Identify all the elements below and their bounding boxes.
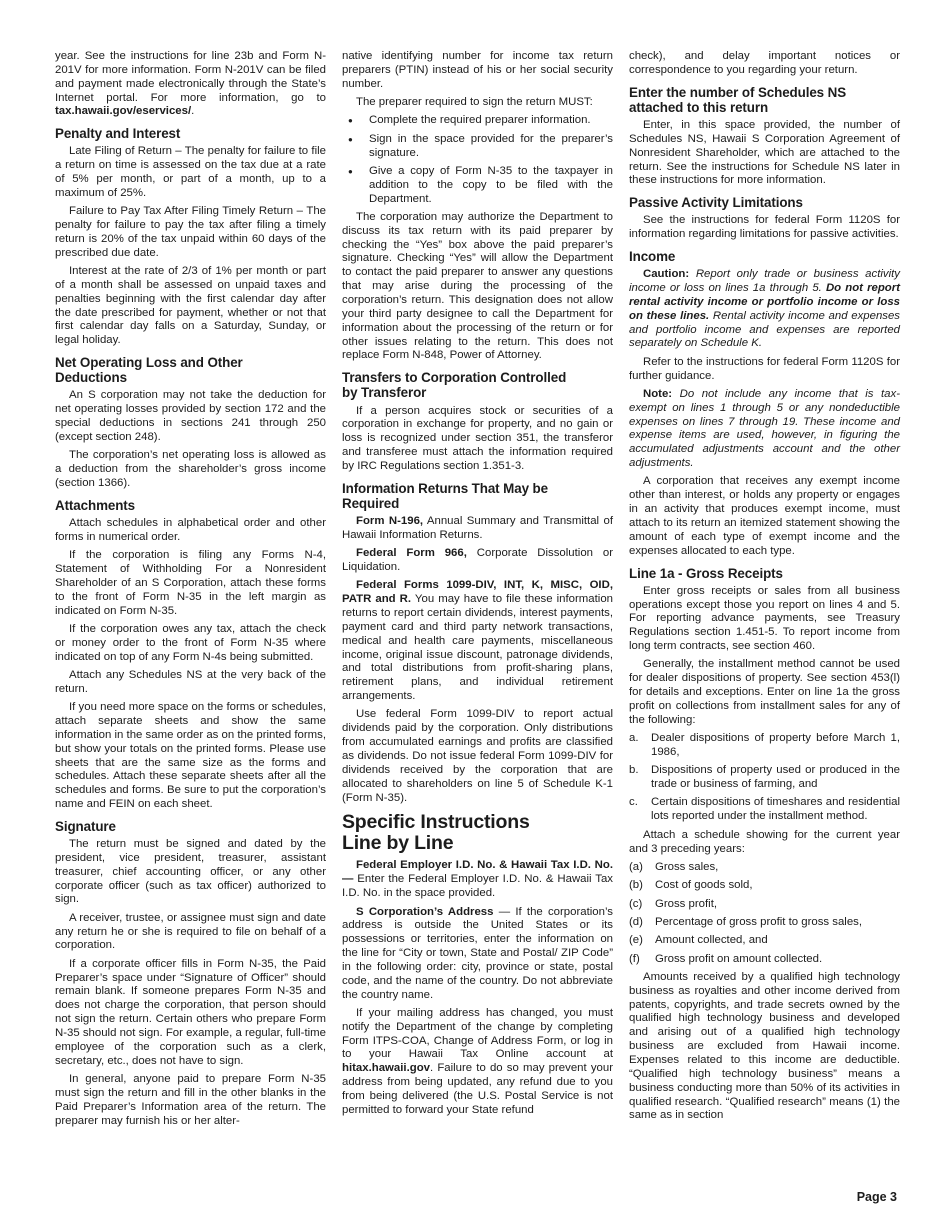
list-item-label: (e) [629, 934, 655, 948]
text-run: hitax.hawaii.gov [342, 1062, 430, 1074]
list-item-label: (c) [629, 898, 655, 912]
list-item: (a)Gross sales, [629, 861, 900, 875]
text-run: See the instructions for federal Form 11… [629, 214, 900, 240]
paragraph: Amounts received by a qualified high tec… [629, 971, 900, 1123]
paragraph: year. See the instructions for line 23b … [55, 50, 326, 119]
paragraph: Use federal Form 1099-DIV to report actu… [342, 708, 613, 805]
content-columns: year. See the instructions for line 23b … [55, 50, 900, 1133]
paragraph: Federal Forms 1099-DIV, INT, K, MISC, OI… [342, 579, 613, 704]
column-left: year. See the instructions for line 23b … [55, 50, 326, 1133]
list-item: (c)Gross profit, [629, 898, 900, 912]
text-run: If you need more space on the forms or s… [55, 701, 326, 810]
text-run: Gross sales, [655, 861, 718, 873]
section-heading: Income [629, 249, 900, 264]
list-item-label: (b) [629, 879, 655, 893]
text-run: Percentage of gross profit to gross sale… [655, 916, 862, 928]
text-run: If the corporation owes any tax, attach … [55, 623, 326, 663]
bullet-icon: ● [342, 165, 369, 207]
section-heading: Signature [55, 819, 326, 834]
text-run: Enter the Federal Employer I.D. No. & Ha… [342, 873, 613, 899]
major-heading: Specific Instructions Line by Line [342, 812, 613, 854]
list-item: (b)Cost of goods sold, [629, 879, 900, 893]
text-run: Late Filing of Return – The penalty for … [55, 145, 326, 199]
list-item-label: (d) [629, 916, 655, 930]
text-run: year. See the instructions for line 23b … [55, 50, 326, 104]
list-item-label: a. [629, 732, 651, 760]
column-right: check), and delay important notices or c… [629, 50, 900, 1133]
paragraph: If a person acquires stock or securities… [342, 405, 613, 474]
text-run: S Corporation’s Address [356, 906, 493, 918]
list-item-text: Dispositions of property used or produce… [651, 764, 900, 792]
section-heading: Penalty and Interest [55, 126, 326, 141]
paragraph: native identifying number for income tax… [342, 50, 613, 92]
column-middle: native identifying number for income tax… [342, 50, 613, 1133]
text-run: If your mailing address has changed, you… [342, 1007, 613, 1061]
list-item-text: Amount collected, and [655, 934, 900, 948]
paragraph: check), and delay important notices or c… [629, 50, 900, 78]
paragraph: Federal Form 966, Corporate Dissolution … [342, 547, 613, 575]
document-page: year. See the instructions for line 23b … [0, 0, 950, 1230]
list-item: c.Certain dispositions of timeshares and… [629, 796, 900, 824]
list-item: b.Dispositions of property used or produ… [629, 764, 900, 792]
paragraph: The preparer required to sign the return… [342, 96, 613, 110]
text-run: Amount collected, and [655, 934, 768, 946]
text-run: If the corporation is filing any Forms N… [55, 549, 326, 616]
text-run: Do not include any income that is tax-ex… [629, 388, 900, 469]
section-heading: Passive Activity Limitations [629, 195, 900, 210]
text-run: Caution: [643, 268, 689, 280]
text-run: The return must be signed and dated by t… [55, 838, 326, 905]
text-run: Gross profit on amount collected. [655, 953, 822, 965]
list-item-text: Cost of goods sold, [655, 879, 900, 893]
text-run: Dispositions of property used or produce… [651, 764, 900, 790]
section-heading: Net Operating Loss and Other Deductions [55, 355, 326, 385]
text-run: If a corporate officer fills in Form N-3… [55, 958, 326, 1067]
paragraph: Failure to Pay Tax After Filing Timely R… [55, 205, 326, 260]
page-number: Page 3 [857, 1190, 897, 1204]
list-item-label: (f) [629, 953, 655, 967]
list-item-text: Certain dispositions of timeshares and r… [651, 796, 900, 824]
text-run: Attach a schedule showing for the curren… [629, 829, 900, 855]
paragraph: Caution: Report only trade or business a… [629, 268, 900, 351]
text-run: Interest at the rate of 2/3 of 1% per mo… [55, 265, 326, 346]
section-heading: Line 1a - Gross Receipts [629, 566, 900, 581]
paragraph: S Corporation’s Address — If the corpora… [342, 906, 613, 1003]
list-item-label: c. [629, 796, 651, 824]
paragraph: If the corporation owes any tax, attach … [55, 623, 326, 665]
list-item-text: Dealer dispositions of property before M… [651, 732, 900, 760]
paragraph: Attach a schedule showing for the curren… [629, 829, 900, 857]
paragraph: In general, anyone paid to prepare Form … [55, 1073, 326, 1128]
text-run: Complete the required preparer informati… [369, 114, 591, 126]
text-run: Enter gross receipts or sales from all b… [629, 585, 900, 652]
paragraph: Interest at the rate of 2/3 of 1% per mo… [55, 265, 326, 348]
list-item-label: b. [629, 764, 651, 792]
text-run: tax.hawaii.gov/eservices/ [55, 105, 191, 117]
list-item: a.Dealer dispositions of property before… [629, 732, 900, 760]
paragraph: Enter gross receipts or sales from all b… [629, 585, 900, 654]
text-run: Attach any Schedules NS at the very back… [55, 669, 326, 695]
paragraph: Attach schedules in alphabetical order a… [55, 517, 326, 545]
paragraph: If your mailing address has changed, you… [342, 1007, 613, 1118]
list-item-text: Give a copy of Form N-35 to the taxpayer… [369, 165, 613, 207]
paragraph: The corporation’s net operating loss is … [55, 449, 326, 491]
paragraph: A receiver, trustee, or assignee must si… [55, 912, 326, 954]
paragraph: If the corporation is filing any Forms N… [55, 549, 326, 618]
list-item-label: (a) [629, 861, 655, 875]
list-item: (d)Percentage of gross profit to gross s… [629, 916, 900, 930]
paragraph: Note: Do not include any income that is … [629, 388, 900, 471]
paragraph: If you need more space on the forms or s… [55, 701, 326, 812]
list-item-text: Gross profit, [655, 898, 900, 912]
bullet-item: ●Complete the required preparer informat… [342, 114, 613, 128]
text-run: Generally, the installment method cannot… [629, 658, 900, 725]
text-run: Dealer dispositions of property before M… [651, 732, 900, 758]
text-run: . [191, 105, 194, 117]
text-run: Refer to the instructions for federal Fo… [629, 356, 900, 382]
paragraph: Enter, in this space provided, the numbe… [629, 119, 900, 188]
paragraph: Federal Employer I.D. No. & Hawaii Tax I… [342, 859, 613, 901]
section-heading: Attachments [55, 498, 326, 513]
bullet-icon: ● [342, 133, 369, 161]
text-run: The corporation may authorize the Depart… [342, 211, 613, 361]
paragraph: If a corporate officer fills in Form N-3… [55, 958, 326, 1069]
section-heading: Transfers to Corporation Controlled by T… [342, 370, 613, 400]
text-run: Gross profit, [655, 898, 717, 910]
list-item-text: Sign in the space provided for the prepa… [369, 133, 613, 161]
bullet-icon: ● [342, 114, 369, 128]
text-run: — If the corporation’s address is outsid… [342, 906, 613, 1001]
text-run: In general, anyone paid to prepare Form … [55, 1073, 326, 1127]
text-run: Failure to Pay Tax After Filing Timely R… [55, 205, 326, 259]
text-run: native identifying number for income tax… [342, 50, 613, 90]
text-run: Federal Form 966, [356, 547, 467, 559]
paragraph: Attach any Schedules NS at the very back… [55, 669, 326, 697]
text-run: A corporation that receives any exempt i… [629, 475, 900, 556]
text-run: An S corporation may not take the deduct… [55, 389, 326, 443]
text-run: Attach schedules in alphabetical order a… [55, 517, 326, 543]
paragraph: See the instructions for federal Form 11… [629, 214, 900, 242]
text-run: Note: [643, 388, 672, 400]
section-heading: Information Returns That May be Required [342, 481, 613, 511]
bullet-item: ●Give a copy of Form N-35 to the taxpaye… [342, 165, 613, 207]
text-run: Cost of goods sold, [655, 879, 753, 891]
paragraph: Late Filing of Return – The penalty for … [55, 145, 326, 200]
text-run: Amounts received by a qualified high tec… [629, 971, 900, 1121]
list-item: (f)Gross profit on amount collected. [629, 953, 900, 967]
text-run: Sign in the space provided for the prepa… [369, 133, 613, 159]
text-run: check), and delay important notices or c… [629, 50, 900, 76]
paragraph: An S corporation may not take the deduct… [55, 389, 326, 444]
paragraph: Form N-196, Annual Summary and Transmitt… [342, 515, 613, 543]
text-run: The corporation’s net operating loss is … [55, 449, 326, 489]
list-item: (e)Amount collected, and [629, 934, 900, 948]
list-item-text: Percentage of gross profit to gross sale… [655, 916, 900, 930]
text-run: You may have to file these information r… [342, 593, 613, 702]
text-run: Form N-196, [356, 515, 423, 527]
text-run: Enter, in this space provided, the numbe… [629, 119, 900, 186]
text-run: A receiver, trustee, or assignee must si… [55, 912, 326, 952]
list-item-text: Gross sales, [655, 861, 900, 875]
paragraph: The return must be signed and dated by t… [55, 838, 326, 907]
text-run: Give a copy of Form N-35 to the taxpayer… [369, 165, 613, 205]
list-item-text: Complete the required preparer informati… [369, 114, 613, 128]
bullet-item: ●Sign in the space provided for the prep… [342, 133, 613, 161]
paragraph: Refer to the instructions for federal Fo… [629, 356, 900, 384]
text-run: If a person acquires stock or securities… [342, 405, 613, 472]
section-heading: Enter the number of Schedules NS attache… [629, 85, 900, 115]
paragraph: Generally, the installment method cannot… [629, 658, 900, 727]
paragraph: A corporation that receives any exempt i… [629, 475, 900, 558]
paragraph: The corporation may authorize the Depart… [342, 211, 613, 363]
text-run: Certain dispositions of timeshares and r… [651, 796, 900, 822]
list-item-text: Gross profit on amount collected. [655, 953, 900, 967]
text-run: The preparer required to sign the return… [356, 96, 593, 108]
text-run: Use federal Form 1099-DIV to report actu… [342, 708, 613, 803]
